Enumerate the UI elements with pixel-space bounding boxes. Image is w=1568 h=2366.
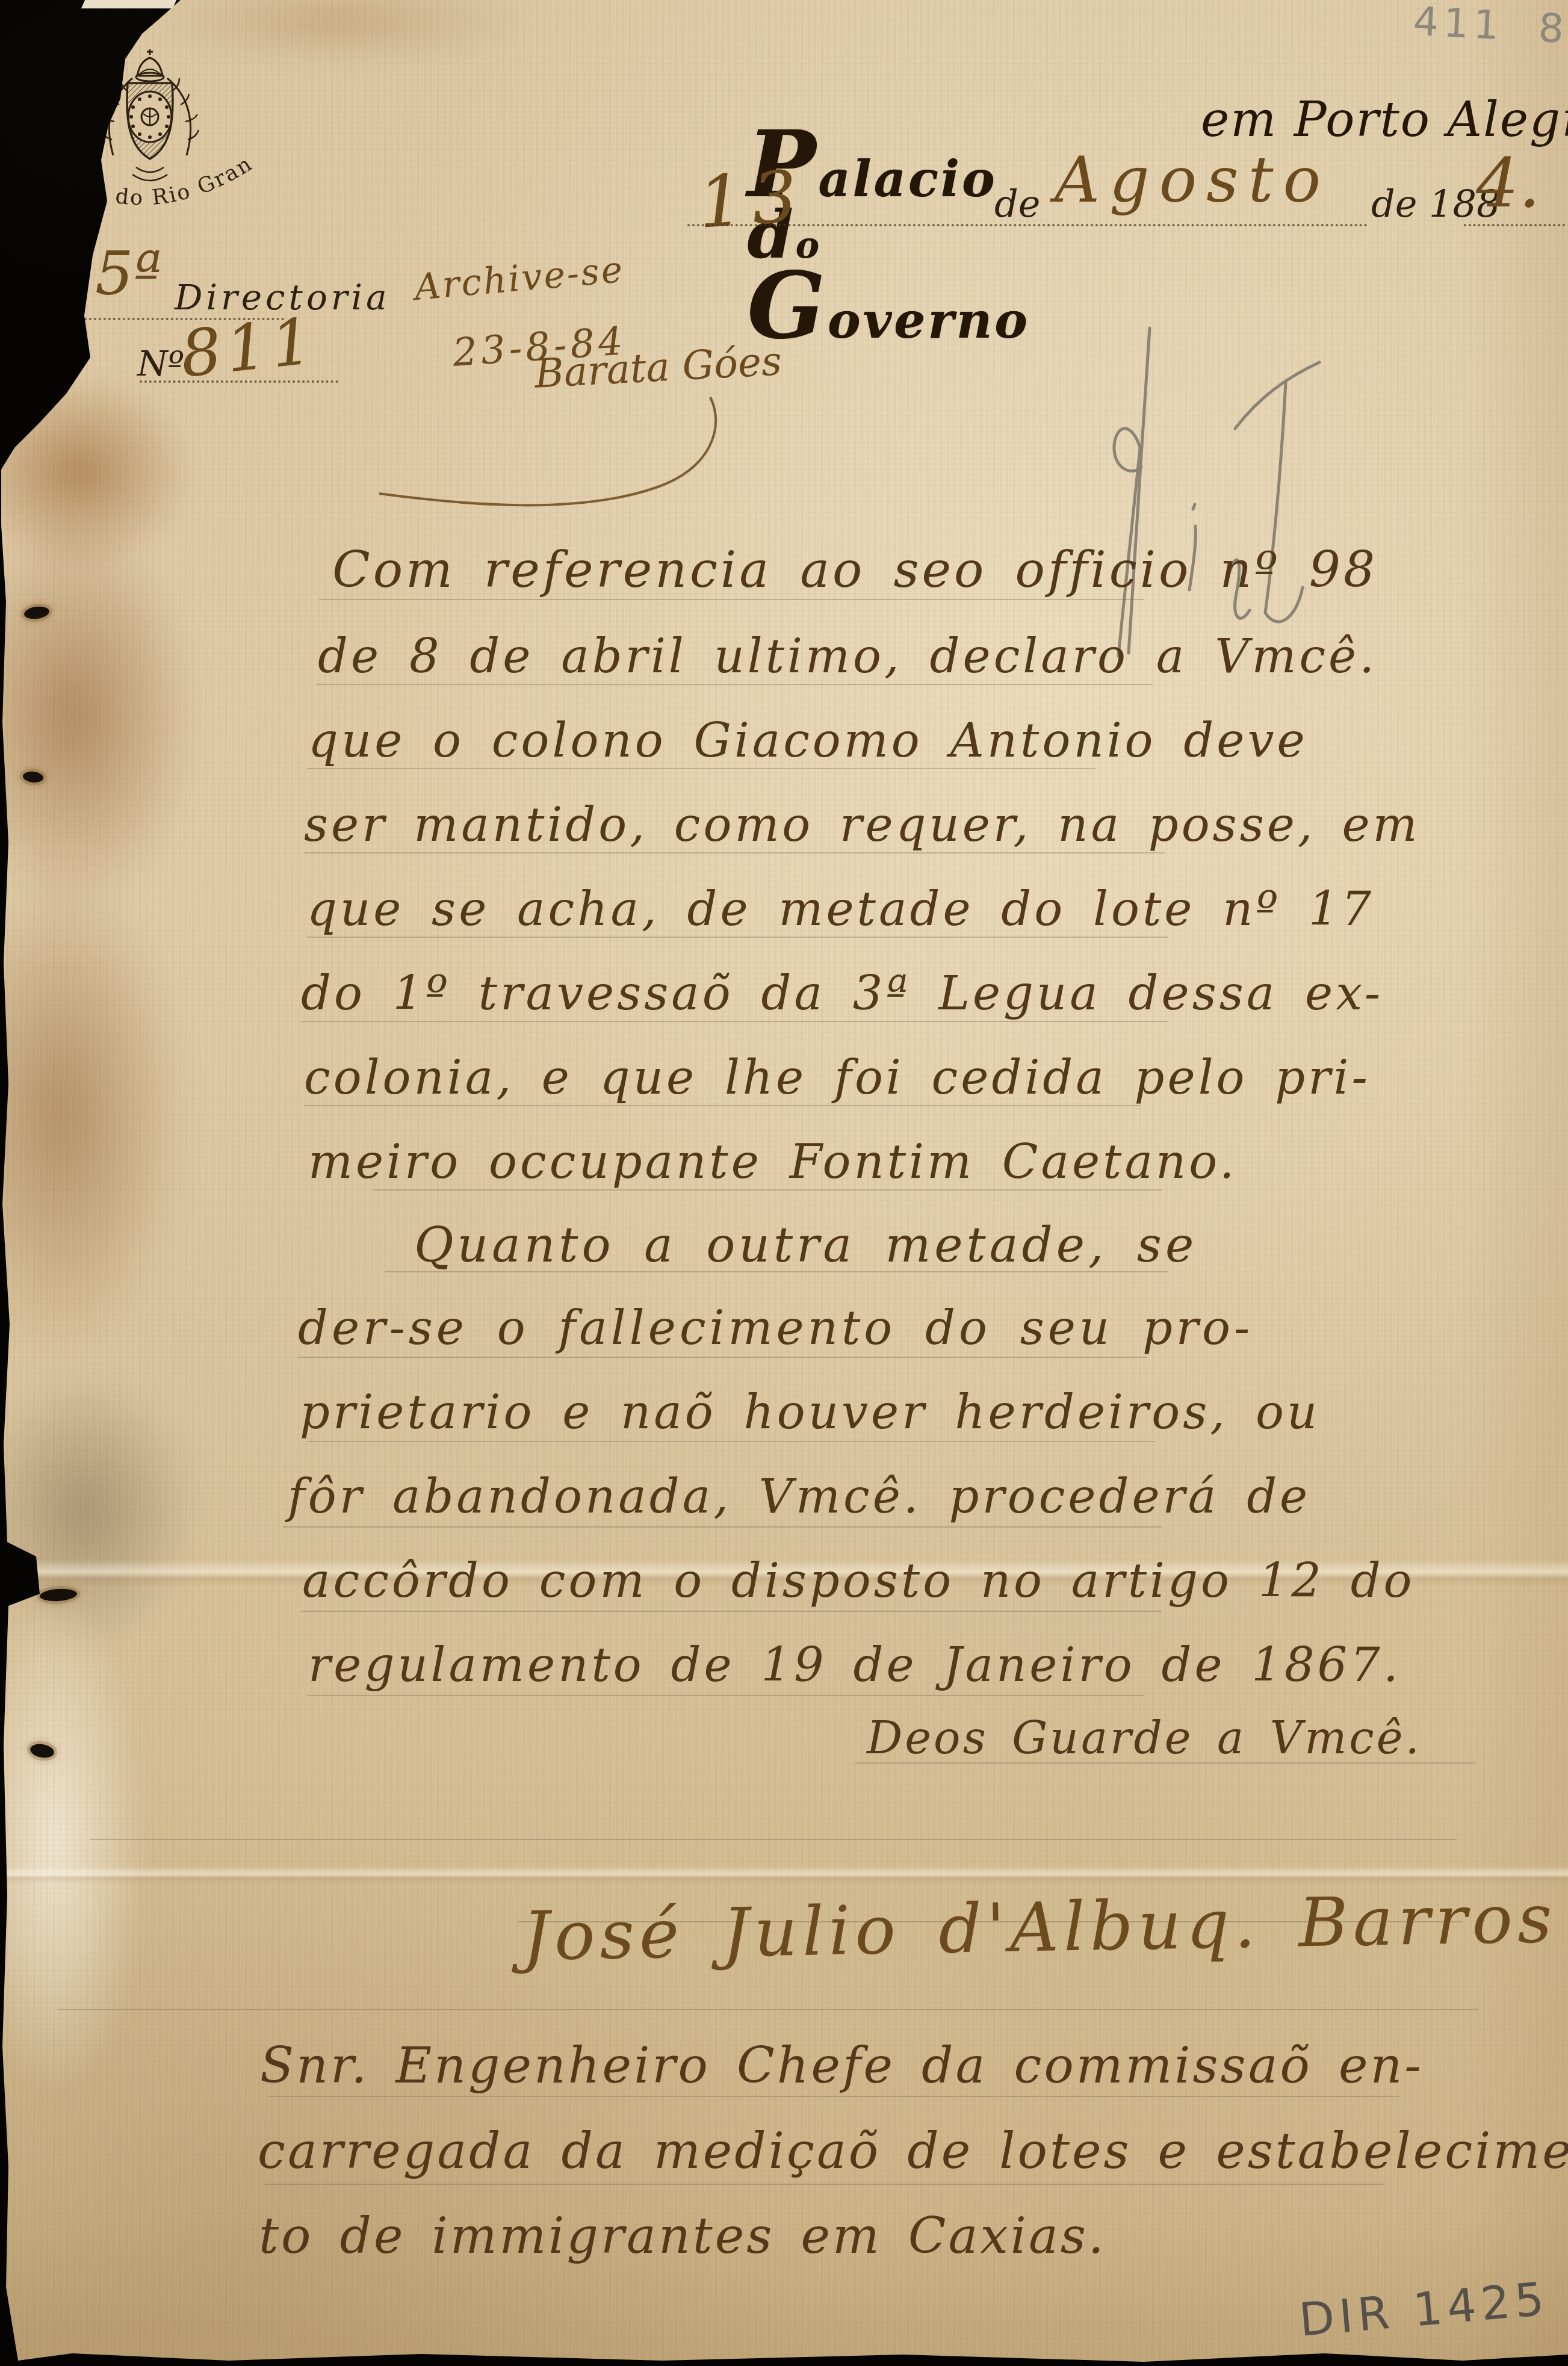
ruled-guideline	[283, 1526, 1162, 1528]
place-script: em Porto Alegre.	[1201, 91, 1568, 147]
stain-top-left-edge	[0, 373, 193, 572]
ruled-guideline	[304, 1105, 1141, 1106]
body-line: Com referencia ao seo officio nº 98	[332, 542, 1378, 599]
ruled-guideline	[301, 1611, 1162, 1612]
fold-crease-lower	[0, 1866, 1568, 1884]
body-line: regulamento de 19 de Janeiro de 1867.	[308, 1638, 1401, 1692]
pencil-catalog-number: 411 884	[1412, 0, 1568, 55]
number-label: Nº	[137, 343, 184, 384]
dir-catalog-number: DIR 1425	[1297, 2272, 1551, 2347]
torn-paper-fragment	[81, 0, 176, 8]
body-line: der-se o fallecimento do seu pro-	[298, 1301, 1253, 1355]
ruled-guideline	[307, 1441, 1156, 1442]
provincial-crest: ia do Rio Grande do Sul.	[84, 49, 259, 215]
signature-flourish	[373, 385, 734, 530]
letter-paper: ia do Rio Grande do Sul. Palacio do Gove…	[0, 0, 1568, 2366]
ruled-guideline	[268, 2096, 1399, 2097]
wormhole	[29, 1742, 55, 1760]
ruled-guideline	[90, 1839, 1457, 1840]
date-year-digit: 4.	[1476, 144, 1540, 223]
address-line: carregada da mediçaõ de lotes e estabele…	[258, 2123, 1568, 2180]
stain-left-upper	[0, 518, 199, 915]
address-line: Snr. Engenheiro Chefe da commissaõ en-	[260, 2037, 1424, 2095]
date-rule-short	[1464, 224, 1565, 226]
date-month: Agosto	[1055, 143, 1330, 217]
wormhole	[23, 605, 50, 621]
stain-left-lower	[0, 867, 187, 1360]
address-line: to de immigrantes em Caxias.	[259, 2208, 1106, 2265]
body-line: de 8 de abril ultimo, declaro a Vmcê.	[318, 630, 1377, 684]
archive-note: Archive-se	[413, 249, 626, 309]
ruled-guideline	[316, 684, 1153, 685]
visto-pencil-scrawl	[1083, 325, 1348, 674]
imperial-coat-of-arms-icon	[101, 49, 199, 181]
pale-torn-patch-bottom-left	[0, 1589, 144, 2095]
body-line: colonia, e que lhe foi cedida pelo pri-	[304, 1051, 1371, 1105]
ruled-guideline	[307, 768, 1095, 769]
closing-salutation: Deos Guarde a Vmcê.	[867, 1712, 1422, 1764]
ruled-guideline	[298, 1357, 1147, 1358]
right-edge-tone	[1460, 0, 1568, 2366]
date-day: 13	[695, 154, 808, 244]
date-rule	[687, 224, 1368, 226]
body-line: Quanto a outra metade, se	[414, 1217, 1197, 1273]
body-line: fôr abandonada, Vmcê. procederá de	[288, 1470, 1310, 1524]
number-rule	[140, 380, 338, 383]
ruled-guideline	[373, 1189, 1162, 1191]
body-line: prietario e naõ houver herdeiros, ou	[300, 1386, 1320, 1440]
ruled-guideline	[265, 2184, 1384, 2185]
ruled-guideline	[319, 599, 1144, 600]
body-line: que o colono Giacomo Antonio deve	[308, 714, 1308, 768]
body-line: que se acha, de metade do lote nº 17	[307, 882, 1374, 937]
ruled-guideline	[301, 1021, 1168, 1022]
body-line: meiro occupante Fontim Caetano.	[308, 1135, 1238, 1189]
date-prep1: de	[994, 182, 1040, 226]
body-line: do 1º travessaõ da 3ª Legua dessa ex-	[301, 967, 1383, 1021]
directorate-number: 5ª	[95, 238, 162, 309]
ruled-guideline	[57, 2009, 1478, 2010]
ruled-guideline	[307, 1695, 1144, 1696]
number-value: 811	[177, 304, 320, 392]
body-line: ser mantido, como requer, na posse, em	[304, 798, 1421, 852]
ruled-guideline	[304, 852, 1165, 853]
ruled-guideline	[307, 937, 1168, 938]
body-line: accôrdo com o disposto no artigo 12 do	[302, 1554, 1415, 1608]
palace-word: Governo	[747, 270, 1030, 350]
wormhole	[22, 770, 44, 783]
scanned-document-page: ia do Rio Grande do Sul. Palacio do Gove…	[0, 0, 1568, 2366]
wormhole	[39, 1588, 77, 1602]
president-signature: José Julio d'Albuq. Barros	[522, 1880, 1557, 1976]
stain-gray-patch	[0, 1372, 199, 1649]
